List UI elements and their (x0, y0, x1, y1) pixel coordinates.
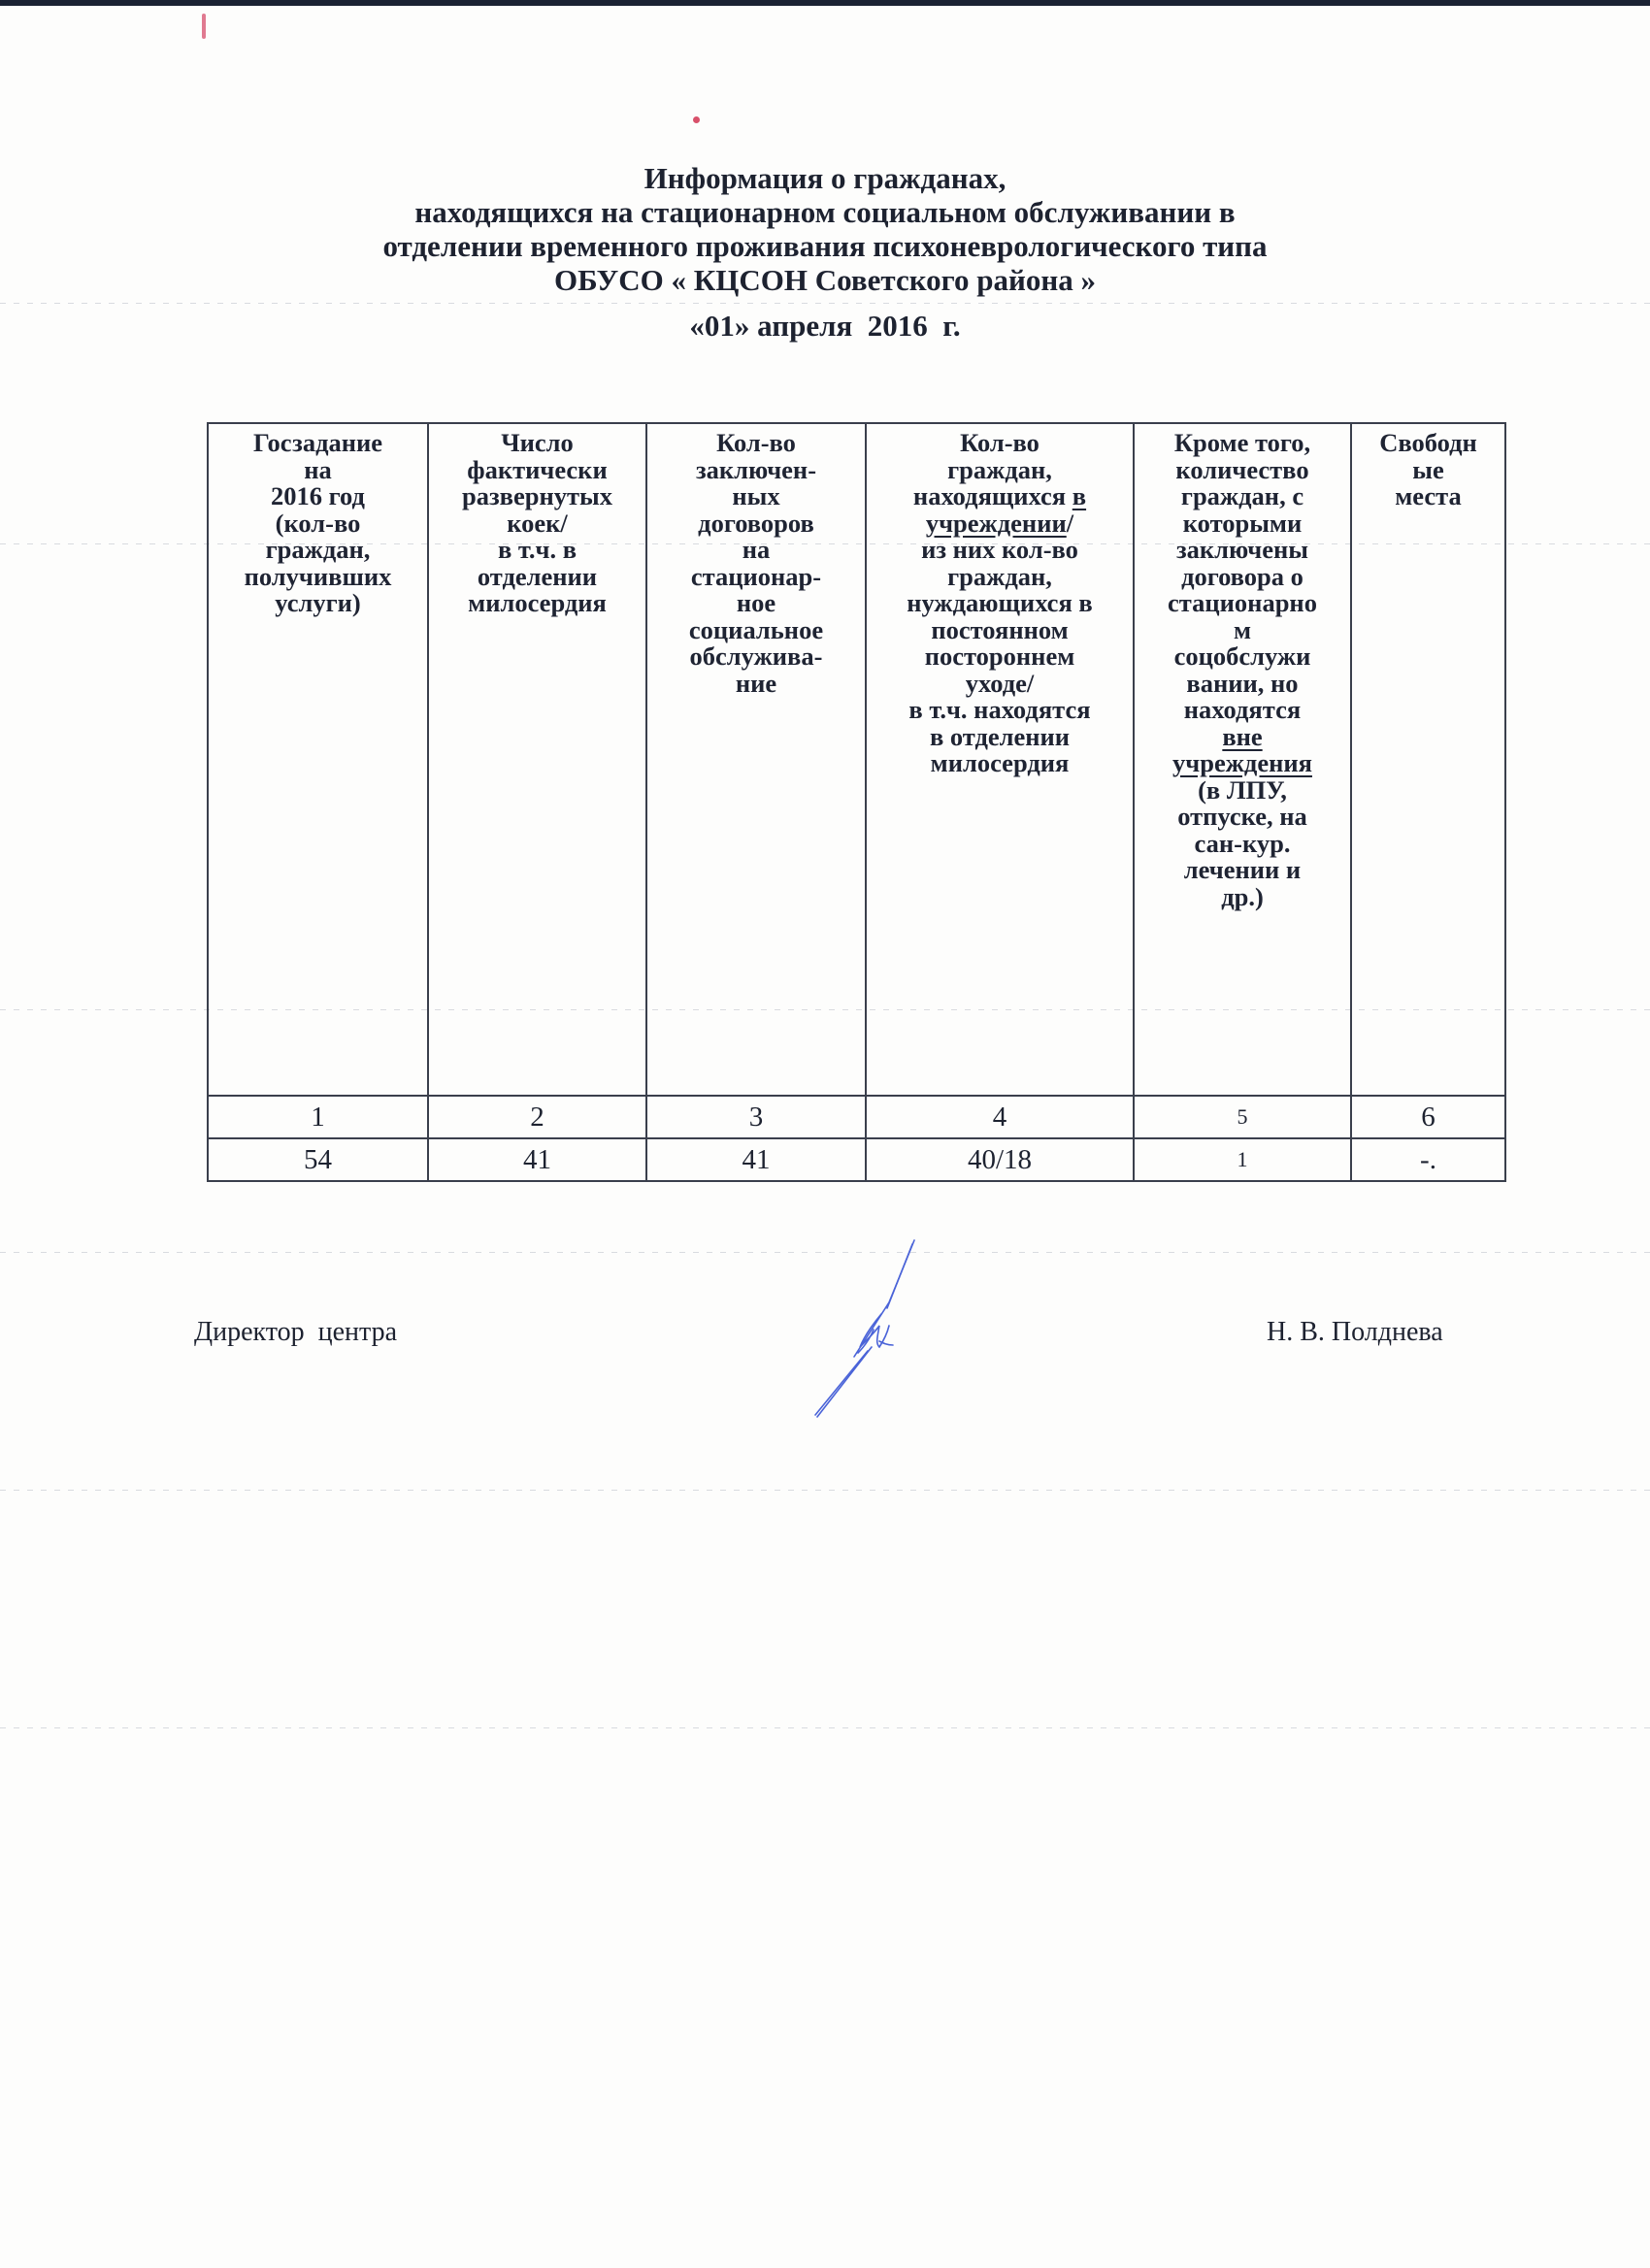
scan-artifact (202, 14, 206, 39)
column-number: 4 (866, 1096, 1134, 1138)
header-line: граждан, с (1135, 483, 1350, 510)
header-line: ние (647, 671, 865, 698)
header-line: вне (1135, 724, 1350, 751)
header-line: милосердия (429, 590, 645, 617)
signature-icon (796, 1233, 941, 1427)
title-line: ОБУСО « КЦСОН Советского района » (0, 263, 1650, 297)
header-line: Свободн (1352, 430, 1504, 457)
value-cell: 1 (1134, 1138, 1351, 1181)
header-line: нуждающихся в (867, 590, 1133, 617)
scan-artifact (693, 116, 700, 123)
header-line: ые (1352, 457, 1504, 484)
scan-artifact (0, 1727, 1650, 1728)
column-number: 1 (208, 1096, 428, 1138)
header-line: ное (647, 590, 865, 617)
header-line: учреждения (1135, 750, 1350, 777)
header-line: находятся (1135, 697, 1350, 724)
header-line: уходе/ (867, 671, 1133, 698)
header-line: стационар- (647, 564, 865, 591)
header-line: договоров (647, 510, 865, 538)
header-line: др.) (1135, 884, 1350, 911)
header-line: постоянном (867, 617, 1133, 644)
header-line: Кроме того, (1135, 430, 1350, 457)
value-cell: 41 (428, 1138, 646, 1181)
header-line: из них кол-во (867, 537, 1133, 564)
column-number-row: 1 2 3 4 5 6 (208, 1096, 1505, 1138)
header-line: Число (429, 430, 645, 457)
header-line: в отделении (867, 724, 1133, 751)
header-line: заключен- (647, 457, 865, 484)
header-line: граждан, (209, 537, 427, 564)
header-line: стационарно (1135, 590, 1350, 617)
header-line: развернутых (429, 483, 645, 510)
header-line: которыми (1135, 510, 1350, 538)
value-cell: 40/18 (866, 1138, 1134, 1181)
header-line: постороннем (867, 643, 1133, 671)
header-cell: Свободныеместа (1351, 423, 1505, 1096)
header-line: в т.ч. в (429, 537, 645, 564)
header-line: 2016 год (209, 483, 427, 510)
signatory-position: Директор центра (194, 1317, 397, 1348)
header-line: граждан, (867, 457, 1133, 484)
scan-edge (0, 0, 1650, 6)
column-number: 3 (646, 1096, 866, 1138)
column-number: 5 (1134, 1096, 1351, 1138)
header-line: отделении (429, 564, 645, 591)
title-line: Информация о гражданах, (0, 161, 1650, 195)
scan-artifact (0, 303, 1650, 304)
title-line: находящихся на стационарном социальном о… (0, 195, 1650, 229)
header-line: лечении и (1135, 857, 1350, 884)
header-line: коек/ (429, 510, 645, 538)
header-line: граждан, (867, 564, 1133, 591)
header-line: места (1352, 483, 1504, 510)
header-cell: Госзаданиена2016 год(кол-вограждан,получ… (208, 423, 428, 1096)
header-line: количество (1135, 457, 1350, 484)
signatory-name: Н. В. Полднева (1267, 1317, 1443, 1348)
header-cell: Кол-возаключен-ныхдоговоровнастационар-н… (646, 423, 866, 1096)
header-cell: Числофактическиразвернутыхкоек/в т.ч. во… (428, 423, 646, 1096)
header-line: обслужива- (647, 643, 865, 671)
header-line: ных (647, 483, 865, 510)
table-header-row: Госзаданиена2016 год(кол-вограждан,получ… (208, 423, 1505, 1096)
header-line: (в ЛПУ, (1135, 777, 1350, 805)
header-line: фактически (429, 457, 645, 484)
value-cell: 54 (208, 1138, 428, 1181)
header-cell: Кроме того,количествограждан, скоторымиз… (1134, 423, 1351, 1096)
header-line: соцобслужи (1135, 643, 1350, 671)
header-line: вании, но (1135, 671, 1350, 698)
value-cell: -. (1351, 1138, 1505, 1181)
scan-artifact (0, 1490, 1650, 1491)
header-line: договора о (1135, 564, 1350, 591)
header-line: получивших (209, 564, 427, 591)
column-number: 6 (1351, 1096, 1505, 1138)
report-table: Госзаданиена2016 год(кол-вограждан,получ… (207, 422, 1506, 1182)
header-line: на (647, 537, 865, 564)
header-cell: Кол-вограждан,находящихся вучреждении/из… (866, 423, 1134, 1096)
header-line: Кол-во (647, 430, 865, 457)
header-line: сан-кур. (1135, 831, 1350, 858)
header-line: услуги) (209, 590, 427, 617)
header-line: милосердия (867, 750, 1133, 777)
value-cell: 41 (646, 1138, 866, 1181)
document-title: Информация о гражданах, находящихся на с… (0, 161, 1650, 297)
report-date: «01» апреля 2016 г. (0, 309, 1650, 344)
header-line: заключены (1135, 537, 1350, 564)
header-line: учреждении/ (867, 510, 1133, 538)
header-line: отпуске, на (1135, 804, 1350, 831)
header-line: социальное (647, 617, 865, 644)
column-number: 2 (428, 1096, 646, 1138)
header-line: м (1135, 617, 1350, 644)
header-line: на (209, 457, 427, 484)
header-line: в т.ч. находятся (867, 697, 1133, 724)
header-line: находящихся в (867, 483, 1133, 510)
header-line: Кол-во (867, 430, 1133, 457)
header-line: Госзадание (209, 430, 427, 457)
title-line: отделении временного проживания психонев… (0, 229, 1650, 263)
header-line: (кол-во (209, 510, 427, 538)
table-row: 54 41 41 40/18 1 -. (208, 1138, 1505, 1181)
